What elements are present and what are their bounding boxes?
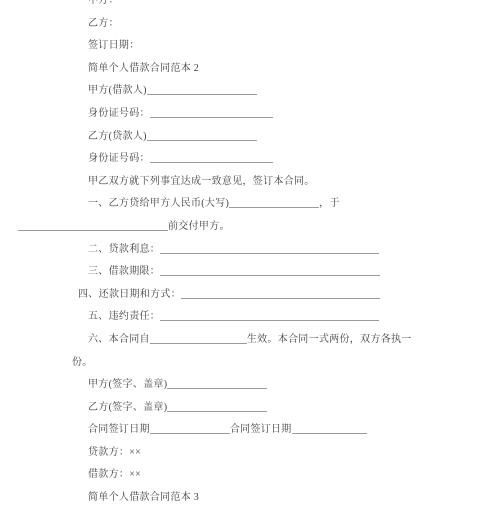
- text-run: 签订日期：: [88, 40, 140, 51]
- doc-line: 身份证号码：: [0, 148, 500, 171]
- blank-underline: [147, 139, 257, 141]
- text-run: 身份证号码：: [88, 108, 150, 119]
- doc-line: 甲方(借款人): [0, 80, 500, 103]
- text-run: 身份证号码：: [88, 153, 150, 164]
- text-run: 甲方(签字、盖章): [88, 379, 167, 390]
- doc-line: 甲方：: [0, 0, 500, 13]
- blank-underline: [160, 252, 379, 254]
- text-run: ，于: [319, 198, 340, 209]
- text-run: 乙方：: [88, 18, 119, 29]
- blank-underline: [167, 410, 267, 412]
- text-run: 简单个人借款合同范本 3: [88, 492, 199, 503]
- blank-underline: [229, 206, 319, 208]
- text-run: 合同签订日期: [88, 424, 150, 435]
- text-run: 二、贷款利息：: [88, 244, 160, 255]
- blank-underline: [147, 93, 257, 95]
- text-run: 简单个人借款合同范本 2: [88, 63, 199, 74]
- text-run: 甲乙双方就下列事宜达成一致意见，签订本合同。: [88, 176, 315, 187]
- doc-line: 一、乙方贷给甲方人民币(大写)，于: [0, 193, 500, 216]
- blank-underline: [150, 432, 230, 434]
- doc-line: 简单个人借款合同范本 3: [0, 487, 500, 510]
- text-run: 前交付甲方。: [168, 221, 230, 232]
- blank-underline: [150, 342, 247, 344]
- text-run: 甲方：: [88, 0, 119, 6]
- text-run: 乙方(签字、盖章): [88, 402, 167, 413]
- doc-line: 四、还款日期和方式：: [0, 284, 500, 307]
- doc-line: 乙方(贷款人): [0, 126, 500, 149]
- text-run: 借款方：××: [88, 469, 141, 480]
- blank-underline: [18, 229, 168, 231]
- doc-line: 份。: [0, 352, 500, 375]
- doc-line: 二、贷款利息：: [0, 239, 500, 262]
- doc-line: 签订日期：: [0, 35, 500, 58]
- doc-line: 借款方：××: [0, 464, 500, 487]
- text-run: 贷款方：××: [88, 447, 141, 458]
- blank-underline: [292, 432, 367, 434]
- blank-underline: [181, 297, 380, 299]
- text-run: 三、借款期限：: [88, 266, 160, 277]
- text-run: 合同签订日期: [230, 424, 292, 435]
- doc-line: 简单个人借款合同范本 2: [0, 58, 500, 81]
- doc-line: 合同签订日期合同签订日期: [0, 419, 500, 442]
- text-run: 六、本合同自: [88, 334, 150, 345]
- text-run: 四、还款日期和方式：: [78, 289, 181, 300]
- doc-line: 乙方(签字、盖章): [0, 397, 500, 420]
- blank-underline: [167, 387, 267, 389]
- text-run: 甲方(借款人): [88, 85, 147, 96]
- blank-underline: [150, 161, 273, 163]
- doc-line: 乙方：: [0, 13, 500, 36]
- text-run: 生效。本合同一式两份，双方各执一: [247, 334, 412, 345]
- doc-line: 前交付甲方。: [0, 216, 500, 239]
- document-viewport: 甲方：乙方：签订日期：简单个人借款合同范本 2甲方(借款人)身份证号码：乙方(贷…: [0, 0, 500, 517]
- blank-underline: [160, 319, 379, 321]
- doc-line: 六、本合同自生效。本合同一式两份，双方各执一: [0, 329, 500, 352]
- text-run: 乙方(贷款人): [88, 131, 147, 142]
- doc-line: 贷款方：××: [0, 442, 500, 465]
- doc-line: 身份证号码：: [0, 103, 500, 126]
- text-run: 一、乙方贷给甲方人民币(大写): [88, 198, 229, 209]
- text-run: 五、违约责任：: [88, 311, 160, 322]
- document-page: 甲方：乙方：签订日期：简单个人借款合同范本 2甲方(借款人)身份证号码：乙方(贷…: [0, 0, 500, 510]
- doc-line: 三、借款期限：: [0, 261, 500, 284]
- doc-line: 五、违约责任：: [0, 306, 500, 329]
- text-run: 份。: [72, 357, 93, 368]
- blank-underline: [150, 116, 273, 118]
- blank-underline: [160, 274, 380, 276]
- doc-line: 甲乙双方就下列事宜达成一致意见，签订本合同。: [0, 171, 500, 194]
- doc-line: 甲方(签字、盖章): [0, 374, 500, 397]
